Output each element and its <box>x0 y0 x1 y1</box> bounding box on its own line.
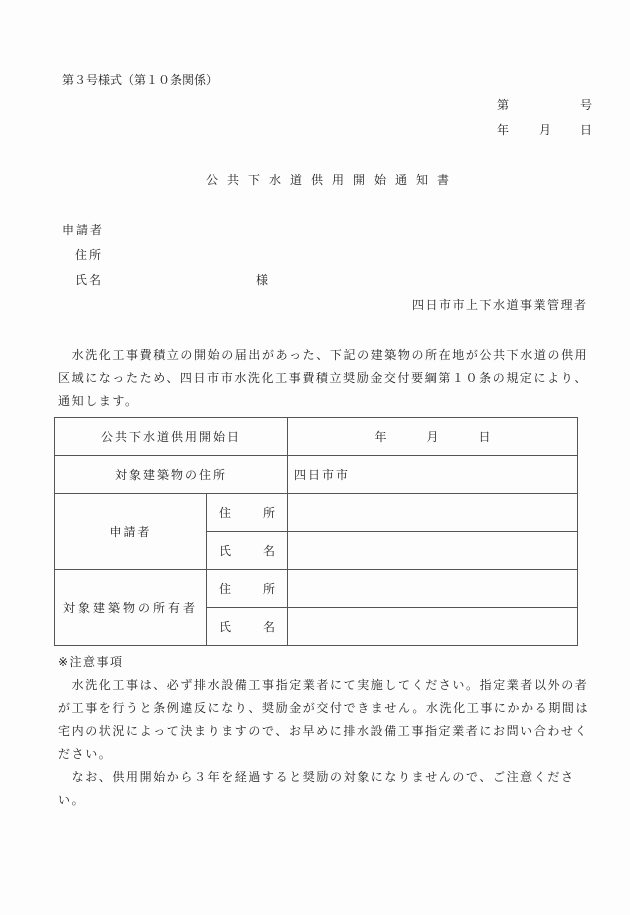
start-date-year: 年 <box>374 428 386 445</box>
doc-number-suffix: 号 <box>580 97 592 113</box>
notes-heading: ※注意事項 <box>58 654 124 670</box>
owner-name-sublabel: 氏名 <box>207 608 288 646</box>
issuer: 四日市市上下水道事業管理者 <box>412 297 588 313</box>
start-date-value[interactable]: 年 月 日 <box>288 418 578 456</box>
applicant-address-label: 住所 <box>75 247 103 263</box>
doc-date-month: 月 <box>539 122 551 138</box>
applicant-name-field[interactable] <box>288 532 578 570</box>
intro-text: 水洗化工事費積立の開始の届出があった、下記の建築物の所在地が公共下水道の供用区域… <box>58 344 598 413</box>
table-row: 対象建築物の所有者 住所 <box>55 570 578 608</box>
start-date-label: 公共下水道供用開始日 <box>55 418 288 456</box>
table-row: 申請者 住所 <box>55 494 578 532</box>
page-title: 公共下水道供用開始通知書 <box>206 172 458 188</box>
table-row: 公共下水道供用開始日 年 月 日 <box>55 418 578 456</box>
form-number: 第３号様式（第１０条関係） <box>62 72 218 88</box>
notes-paragraph-2: なお、供用開始から３年を経過すると奨励の対象になりませんので、ご注意ください。 <box>58 766 598 812</box>
start-date-day: 日 <box>479 428 491 445</box>
building-address-value[interactable]: 四日市市 <box>288 456 578 494</box>
owner-group-label: 対象建築物の所有者 <box>55 570 207 646</box>
applicant-address-field[interactable] <box>288 494 578 532</box>
table-row: 対象建築物の住所 四日市市 <box>55 456 578 494</box>
applicant-group-label: 申請者 <box>55 494 207 570</box>
applicant-name-label: 氏名 <box>75 272 103 288</box>
building-address-label: 対象建築物の住所 <box>55 456 288 494</box>
doc-number-prefix: 第 <box>497 97 509 113</box>
owner-name-field[interactable] <box>288 608 578 646</box>
applicant-address-sublabel: 住所 <box>207 494 288 532</box>
doc-date-day: 日 <box>580 122 592 138</box>
doc-date-year: 年 <box>497 122 509 138</box>
notice-table: 公共下水道供用開始日 年 月 日 対象建築物の住所 四日市市 申請者 住所 氏名… <box>54 417 578 646</box>
owner-address-sublabel: 住所 <box>207 570 288 608</box>
honorific: 様 <box>256 272 268 288</box>
start-date-month: 月 <box>427 428 439 445</box>
notes-paragraph-1: 水洗化工事は、必ず排水設備工事指定業者にて実施してください。指定業者以外の者が工… <box>58 674 598 766</box>
owner-address-field[interactable] <box>288 570 578 608</box>
applicant-name-sublabel: 氏名 <box>207 532 288 570</box>
applicant-label: 申請者 <box>62 222 104 238</box>
